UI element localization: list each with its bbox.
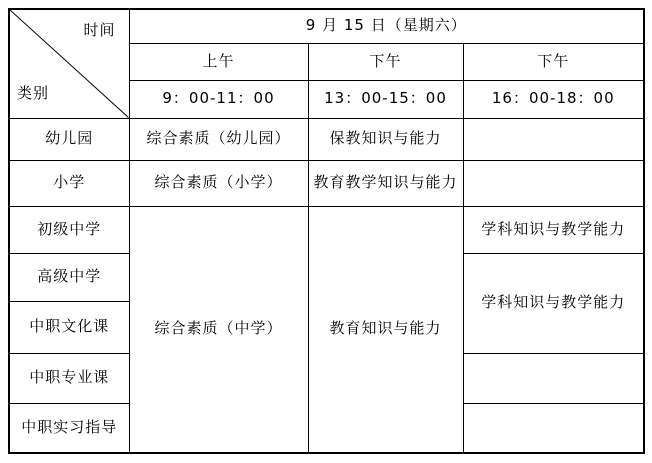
subject-afternoon1-primary-cell: 教育教学知识与能力 — [308, 160, 463, 206]
category-junior-middle-cell: 初级中学 — [9, 206, 129, 253]
exam-schedule-table: 时间 类别 9 月 15 日（星期六） 上午 下午 下午 9：00-11：00 … — [8, 8, 645, 454]
corner-cell: 时间 类别 — [9, 9, 129, 118]
category-primary-cell: 小学 — [9, 160, 129, 206]
exam-schedule-page: 时间 类别 9 月 15 日（星期六） 上午 下午 下午 9：00-11：00 … — [0, 0, 652, 463]
subject-morning-kindergarten-cell: 综合素质（幼儿园） — [129, 118, 308, 160]
time-range-morning-cell: 9：00-11：00 — [129, 80, 308, 118]
category-vocational-culture-cell: 中职文化课 — [9, 301, 129, 353]
time-range-afternoon1-cell: 13：00-15：00 — [308, 80, 463, 118]
category-vocational-specialty-cell: 中职专业课 — [9, 353, 129, 403]
category-vocational-internship-cell: 中职实习指导 — [9, 403, 129, 453]
time-range-afternoon2-cell: 16：00-18：00 — [463, 80, 644, 118]
session-afternoon1-cell: 下午 — [308, 43, 463, 80]
empty-cell-kindergarten-afternoon2 — [463, 118, 644, 160]
row-kindergarten: 幼儿园 综合素质（幼儿园） 保教知识与能力 — [9, 118, 644, 160]
row-junior-middle: 初级中学 综合素质（中学） 教育知识与能力 学科知识与教学能力 — [9, 206, 644, 253]
subject-morning-secondary-cell: 综合素质（中学） — [129, 206, 308, 453]
subject-morning-primary-cell: 综合素质（小学） — [129, 160, 308, 206]
empty-cell-primary-afternoon2 — [463, 160, 644, 206]
empty-cell-vocational-specialty-afternoon2 — [463, 353, 644, 403]
session-afternoon2-cell: 下午 — [463, 43, 644, 80]
subject-afternoon2-junior-cell: 学科知识与教学能力 — [463, 206, 644, 253]
header-row-date: 时间 类别 9 月 15 日（星期六） — [9, 9, 644, 43]
subject-afternoon2-senior-cell: 学科知识与教学能力 — [463, 253, 644, 353]
corner-category-label: 类别 — [17, 83, 49, 105]
subject-afternoon1-secondary-cell: 教育知识与能力 — [308, 206, 463, 453]
corner-time-label: 时间 — [83, 20, 115, 42]
category-senior-middle-cell: 高级中学 — [9, 253, 129, 301]
session-morning-cell: 上午 — [129, 43, 308, 80]
subject-afternoon1-kindergarten-cell: 保教知识与能力 — [308, 118, 463, 160]
category-kindergarten-cell: 幼儿园 — [9, 118, 129, 160]
row-primary: 小学 综合素质（小学） 教育教学知识与能力 — [9, 160, 644, 206]
date-header-cell: 9 月 15 日（星期六） — [129, 9, 644, 43]
empty-cell-vocational-internship-afternoon2 — [463, 403, 644, 453]
